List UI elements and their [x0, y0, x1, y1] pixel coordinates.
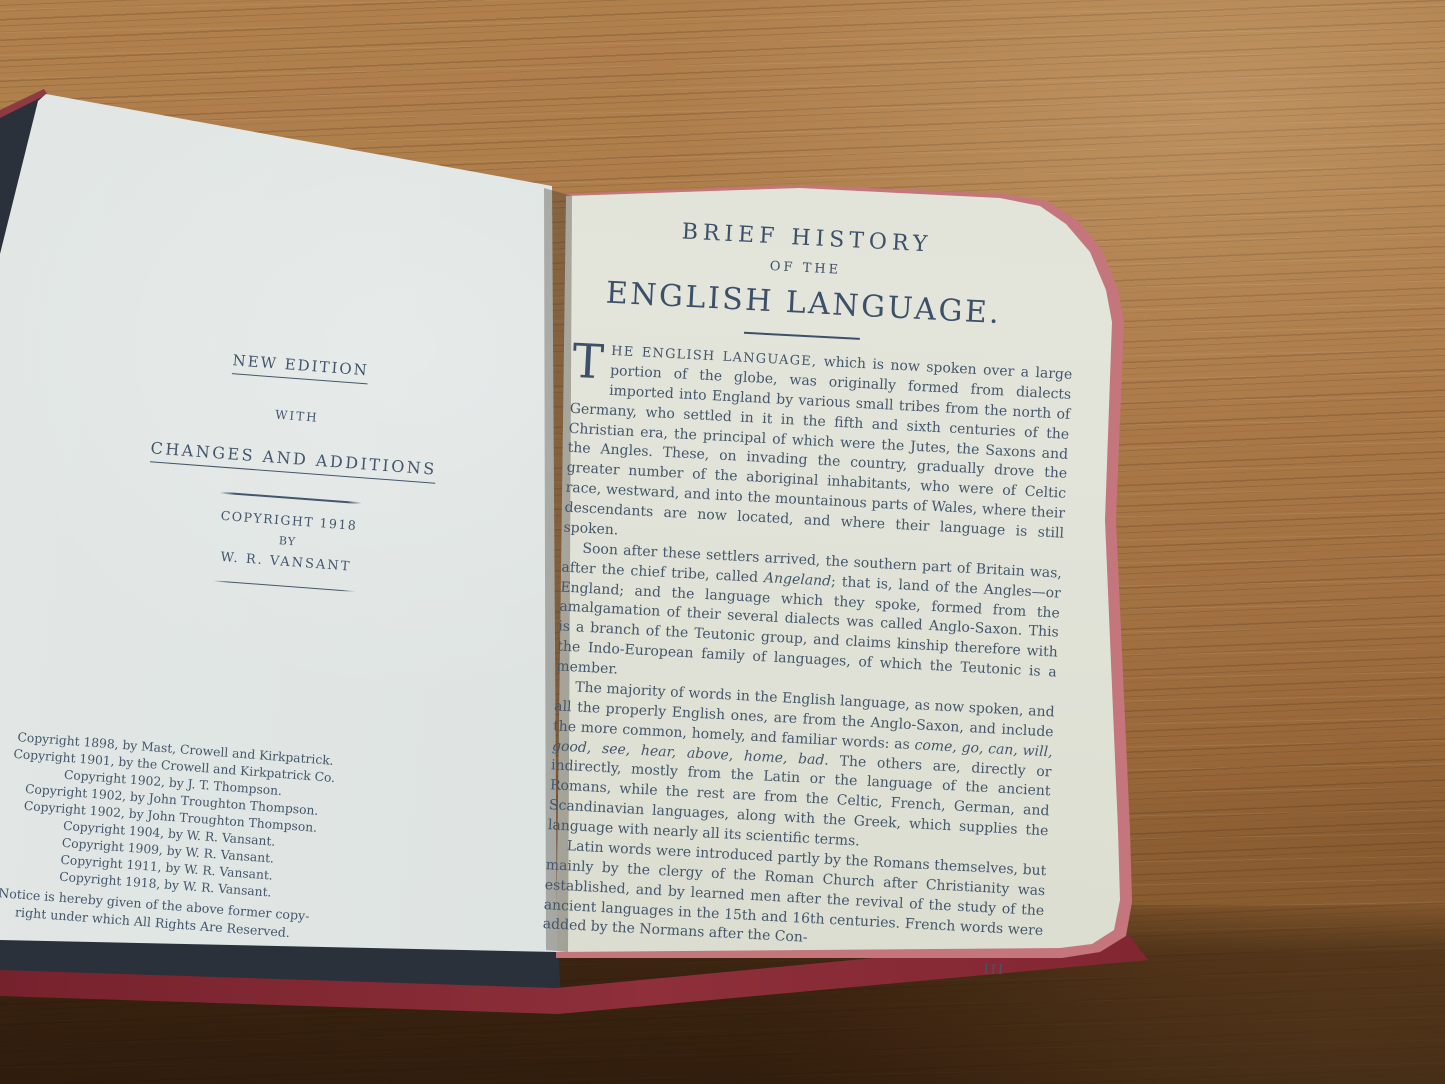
- paragraph: Soon after these settlers arrived, the s…: [556, 538, 1063, 703]
- right-page-content: BRIEF HISTORY OF THE ENGLISH LANGUAGE. T…: [541, 214, 1079, 980]
- notice-block: Notice is hereby given of the above form…: [152, 896, 155, 932]
- scene: NEW EDITION WITH CHANGES AND ADDITIONS C…: [0, 0, 1445, 1084]
- body-paragraphs: THE ENGLISH LANGUAGE, which is now spoke…: [542, 340, 1073, 962]
- drop-cap-letter: T: [571, 340, 611, 383]
- text-segment: which is now spoken over a large portion…: [563, 354, 1072, 542]
- text-segment: Angeland: [764, 570, 832, 589]
- changes-heading: CHANGES AND ADDITIONS: [75, 433, 512, 490]
- copyright-list: Copyright 1898, by Mast, Crowell and Kir…: [165, 741, 176, 894]
- paragraph: The majority of words in the English lan…: [547, 677, 1055, 862]
- paragraph: THE ENGLISH LANGUAGE, which is now spoke…: [563, 340, 1073, 565]
- separator-rule-top: [220, 492, 362, 504]
- text-segment: ; that is, land of the Angles—or England…: [556, 573, 1061, 680]
- title-rule: [744, 332, 860, 340]
- separator-rule-bottom: [213, 580, 355, 592]
- with-label: WITH: [79, 393, 515, 440]
- left-page-content: NEW EDITION WITH CHANGES AND ADDITIONS C…: [40, 340, 519, 956]
